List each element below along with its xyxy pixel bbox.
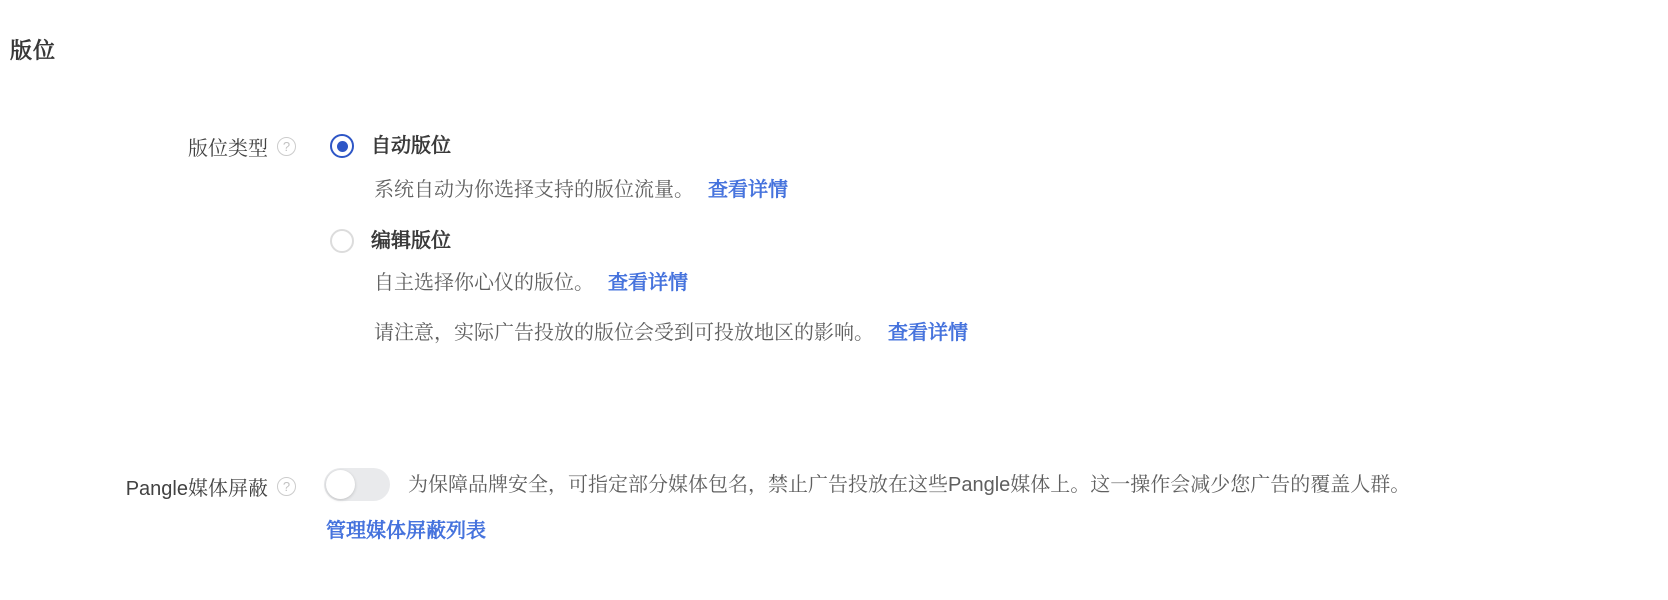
pangle-block-label-row: Pangle媒体屏蔽 ?	[0, 472, 296, 501]
edit-placement-description: 自主选择你心仪的版位。查看详情	[374, 268, 688, 298]
pangle-block-description: 为保障品牌安全，可指定部分媒体包名，禁止广告投放在这些Pangle媒体上。这一操…	[408, 469, 1410, 501]
view-details-link[interactable]: 查看详情	[708, 179, 788, 201]
radio-dot	[337, 141, 348, 152]
manage-blocklist-link-row: 管理媒体屏蔽列表	[326, 516, 486, 546]
placement-region-note: 请注意，实际广告投放的版位会受到可投放地区的影响。查看详情	[374, 318, 968, 348]
view-details-link[interactable]: 查看详情	[888, 322, 968, 344]
description-text: 自主选择你心仪的版位。	[374, 272, 594, 294]
radio-option-edit-placement[interactable]: 编辑版位	[330, 226, 451, 256]
page-title: 版位	[10, 34, 56, 65]
radio-unselected-icon[interactable]	[330, 229, 354, 253]
note-text: 请注意，实际广告投放的版位会受到可投放地区的影响。	[374, 322, 874, 344]
placement-type-label: 版位类型	[188, 132, 268, 161]
auto-placement-description: 系统自动为你选择支持的版位流量。查看详情	[374, 175, 788, 205]
radio-option-label: 编辑版位	[371, 226, 451, 256]
placement-settings-page: 版位 版位类型 ? 自动版位 系统自动为你选择支持的版位流量。查看详情 编辑版位…	[0, 0, 1668, 600]
description-text: 系统自动为你选择支持的版位流量。	[374, 179, 694, 201]
pangle-block-label: Pangle媒体屏蔽	[126, 472, 268, 501]
placement-type-label-row: 版位类型 ?	[0, 132, 296, 161]
radio-option-auto-placement[interactable]: 自动版位	[330, 131, 451, 161]
info-icon[interactable]: ?	[277, 137, 296, 156]
manage-blocklist-link[interactable]: 管理媒体屏蔽列表	[326, 520, 486, 542]
pangle-block-toggle[interactable]	[324, 468, 390, 501]
view-details-link[interactable]: 查看详情	[608, 272, 688, 294]
toggle-knob	[326, 470, 355, 499]
info-icon[interactable]: ?	[277, 477, 296, 496]
radio-option-label: 自动版位	[371, 131, 451, 161]
radio-selected-icon[interactable]	[330, 134, 354, 158]
